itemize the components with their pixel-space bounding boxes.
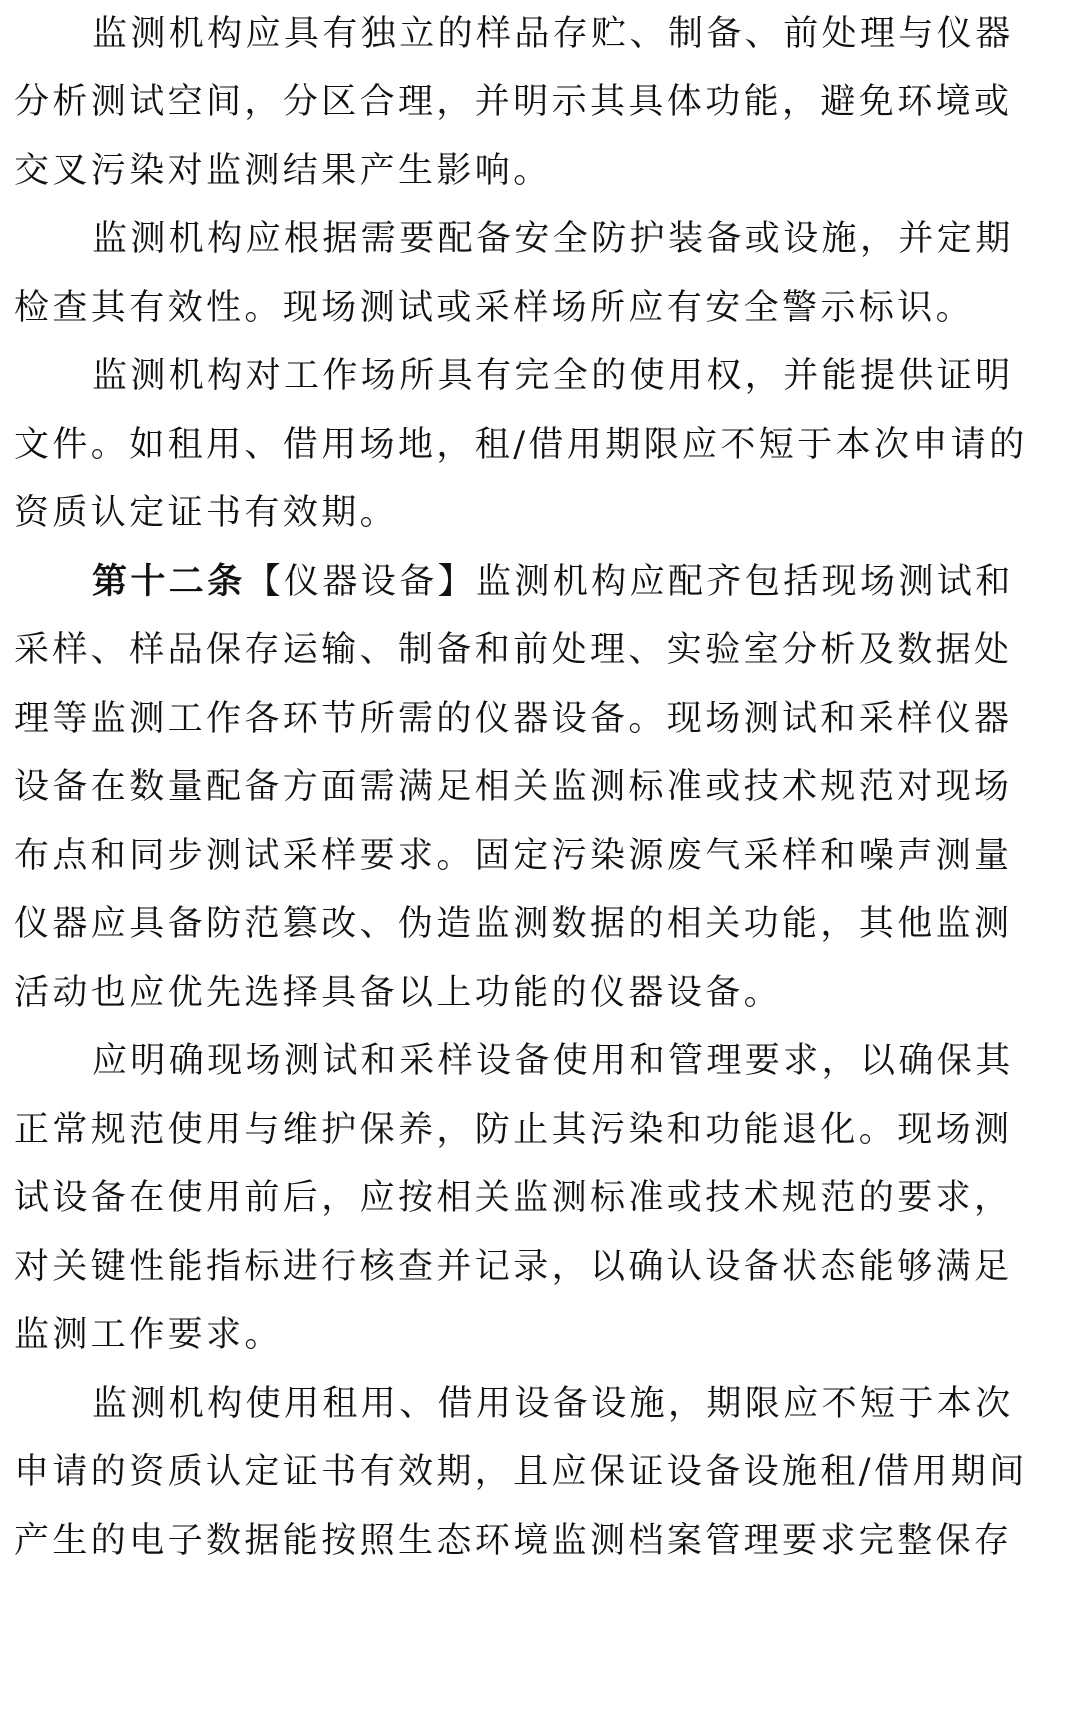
paragraph-line: 活动也应优先选择具备以上功能的仪器设备。 bbox=[14, 959, 1074, 1027]
article-text: 监测机构应配齐包括现场测试和 bbox=[476, 562, 1014, 602]
paragraph-line: 正常规范使用与维护保养，防止其污染和功能退化。现场测 bbox=[14, 1096, 1074, 1164]
paragraph-line: 产生的电子数据能按照生态环境监测档案管理要求完整保存 bbox=[14, 1507, 1074, 1575]
paragraph-line: 对关键性能指标进行核查并记录，以确认设备状态能够满足 bbox=[14, 1233, 1074, 1301]
paragraph-line: 监测机构使用租用、借用设备设施，期限应不短于本次 bbox=[92, 1370, 1074, 1438]
document-page: 监测机构应具有独立的样品存贮、制备、前处理与仪器 分析测试空间，分区合理，并明示… bbox=[0, 0, 1080, 1711]
paragraph-line: 文件。如租用、借用场地，租/借用期限应不短于本次申请的 bbox=[14, 411, 1074, 479]
article-heading-line: 第十二条【仪器设备】监测机构应配齐包括现场测试和 bbox=[92, 548, 1074, 616]
paragraph-line: 分析测试空间，分区合理，并明示其具体功能，避免环境或 bbox=[14, 68, 1074, 136]
paragraph-line: 采样、样品保存运输、制备和前处理、实验室分析及数据处 bbox=[14, 616, 1074, 684]
paragraph-line: 交叉污染对监测结果产生影响。 bbox=[14, 137, 1074, 205]
paragraph-line: 设备在数量配备方面需满足相关监测标准或技术规范对现场 bbox=[14, 753, 1074, 821]
paragraph-line: 布点和同步测试采样要求。固定污染源废气采样和噪声测量 bbox=[14, 822, 1074, 890]
paragraph-line: 资质认定证书有效期。 bbox=[14, 479, 1074, 547]
paragraph-line: 试设备在使用前后，应按相关监测标准或技术规范的要求， bbox=[14, 1164, 1074, 1232]
paragraph-line: 检查其有效性。现场测试或采样场所应有安全警示标识。 bbox=[14, 274, 1074, 342]
paragraph-line: 申请的资质认定证书有效期，且应保证设备设施租/借用期间 bbox=[14, 1438, 1074, 1506]
article-title: 【仪器设备】 bbox=[246, 562, 476, 602]
paragraph-line: 监测机构应具有独立的样品存贮、制备、前处理与仪器 bbox=[92, 0, 1074, 68]
paragraph-line: 应明确现场测试和采样设备使用和管理要求，以确保其 bbox=[92, 1027, 1074, 1095]
paragraph-line: 理等监测工作各环节所需的仪器设备。现场测试和采样仪器 bbox=[14, 685, 1074, 753]
paragraph-line: 监测工作要求。 bbox=[14, 1301, 1074, 1369]
paragraph-line: 监测机构对工作场所具有完全的使用权，并能提供证明 bbox=[92, 342, 1074, 410]
paragraph-line: 仪器应具备防范篡改、伪造监测数据的相关功能，其他监测 bbox=[14, 890, 1074, 958]
article-label: 第十二条 bbox=[92, 561, 246, 602]
paragraph-line: 监测机构应根据需要配备安全防护装备或设施，并定期 bbox=[92, 205, 1074, 273]
